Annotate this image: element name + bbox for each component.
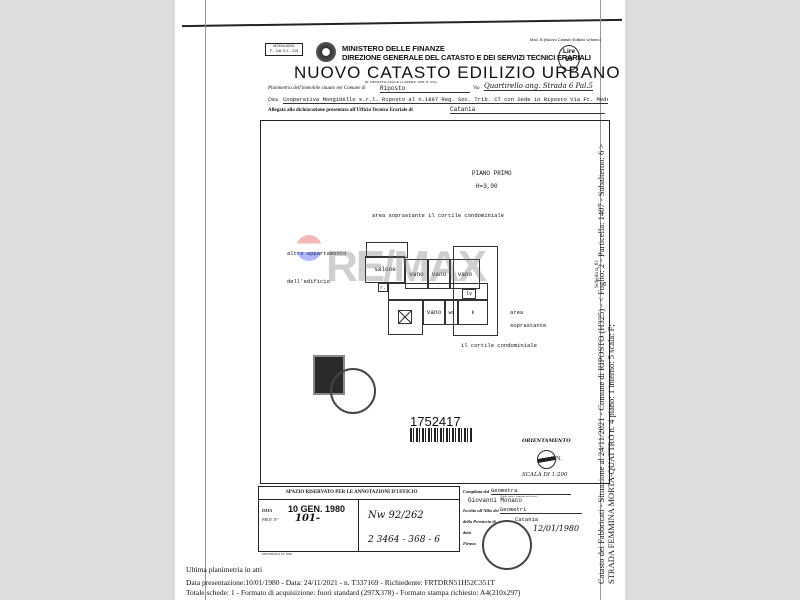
room-wc: wc bbox=[445, 300, 458, 325]
balloon-icon bbox=[296, 235, 322, 261]
office-prot-label: PROT. N° bbox=[262, 517, 278, 522]
area-top-label: area soprastante il cortile condominiale bbox=[372, 212, 504, 219]
office-note-2: 2 3464 - 368 - 6 bbox=[368, 535, 440, 545]
ditta-value: Cooperativa Mongibello s.r.l. Riposto al… bbox=[283, 96, 608, 104]
compiler-name: Giovanni Monaco bbox=[468, 497, 522, 504]
model-label: Mod. B (Nuovo Catasto Edilizio Urbano) bbox=[530, 37, 601, 42]
room-vano-4: vano bbox=[423, 300, 445, 325]
area-bottom-label: il cortile condominiale bbox=[461, 342, 537, 349]
compiler-date-label: data bbox=[463, 530, 471, 535]
compiler-seal bbox=[482, 520, 532, 570]
compass-icon bbox=[537, 450, 556, 469]
north-label: N. bbox=[556, 456, 562, 462]
office-date-label: DATA bbox=[262, 508, 272, 513]
floor-label: PIANO PRIMO bbox=[472, 170, 512, 177]
firma-label: Firma: bbox=[463, 541, 476, 546]
office-footer-small: UNIVERSITÀ CT. 5000 bbox=[262, 552, 292, 556]
modulario-box: MODULARIO F. - Cat. S.T. - 315 bbox=[265, 43, 303, 56]
room-kitchen: k bbox=[458, 300, 488, 325]
area-right-label-2: soprastante bbox=[510, 322, 546, 329]
barcode bbox=[410, 428, 472, 442]
document-title: NUOVO CATASTO EDILIZIO URBANO bbox=[294, 63, 621, 83]
footer-line-2: Data presentazione:10/01/1980 - Data: 24… bbox=[186, 578, 495, 587]
elevator-icon bbox=[398, 310, 412, 324]
compilata-label: Compilata dal bbox=[463, 489, 489, 494]
office-box-header: SPAZIO RISERVATO PER LE ANNOTAZIONI D'UF… bbox=[286, 490, 417, 495]
compiler-title: Geometra bbox=[491, 487, 571, 495]
office-header-divider bbox=[258, 499, 460, 500]
footer-line-3: Totale schede: 1 - Formato di acquisizio… bbox=[186, 588, 520, 597]
scale-label: SCALA DI 1:200 bbox=[522, 472, 568, 478]
side-text-scheda: Scheda n. 01 bbox=[592, 260, 602, 288]
via-value: Quartirello ang. Strada 6 Pal.5 bbox=[484, 82, 593, 91]
office-column-divider bbox=[358, 499, 359, 551]
office-note-1: Nw 92/262 bbox=[368, 510, 424, 521]
comune-value: Riposto bbox=[380, 85, 470, 93]
ditta-label: Ditta bbox=[268, 98, 278, 103]
emblem-icon bbox=[316, 42, 336, 62]
office-prot-value: 101- bbox=[295, 513, 320, 524]
watermark-text: RE/MAX bbox=[326, 242, 485, 292]
left-margin-line bbox=[205, 0, 206, 600]
postmark-stamp bbox=[330, 368, 376, 414]
side-text-line-2: STRADA FEMMINA MORTA-QUATTRO n. 4 piano:… bbox=[606, 324, 616, 584]
decree-label: (R. DECRETO-LEGGE 13 APRILE 1939, N. 652… bbox=[365, 80, 437, 84]
compiler-date-value: 12/01/1980 bbox=[533, 524, 579, 533]
ufficio-value: Catania bbox=[450, 106, 605, 114]
height-label: H=3,00 bbox=[476, 183, 498, 190]
ministry-label: MINISTERO DELLE FINANZE bbox=[342, 44, 445, 53]
planimetria-label: Planimetria dell'immobile situato nel Co… bbox=[268, 86, 366, 91]
albo-value: Geometri bbox=[500, 506, 582, 514]
area-right-label-1: area bbox=[510, 309, 523, 316]
iscritto-label: Iscritto all'Albo dei bbox=[463, 508, 499, 513]
barcode-number: 1752417 bbox=[410, 414, 461, 429]
remax-watermark: RE/MAX bbox=[296, 238, 491, 294]
orientation-label: ORIENTAMENTO bbox=[522, 438, 571, 444]
directorate-label: DIREZIONE GENERALE DEL CATASTO E DEI SER… bbox=[342, 53, 591, 62]
provincia-label: della Provincia di bbox=[463, 519, 496, 524]
via-label: Via bbox=[473, 86, 480, 91]
allegata-label: Allegata alla dichiarazione presentata a… bbox=[268, 108, 413, 113]
side-text-line-1: Catasto dei Fabbricati - Situazione al 2… bbox=[596, 144, 606, 584]
footer-line-1: Ultima planimetria in atti bbox=[186, 565, 262, 574]
